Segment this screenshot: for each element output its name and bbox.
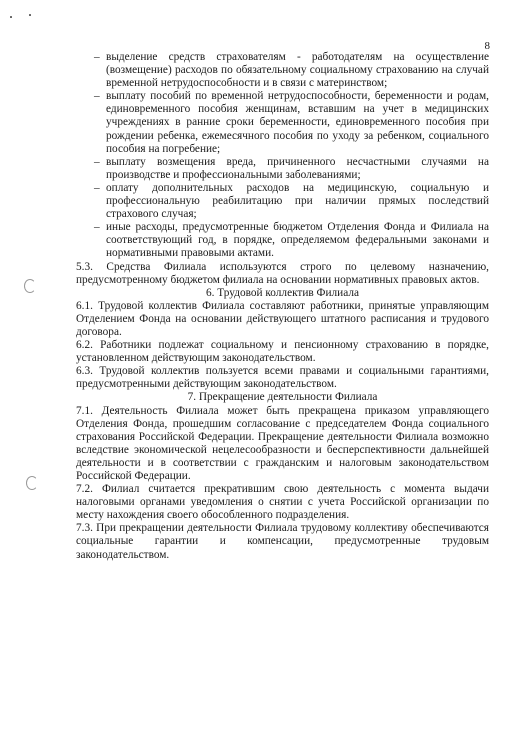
- paragraph-7-3: 7.3. При прекращении деятельности Филиал…: [76, 522, 489, 561]
- paragraph-7-1: 7.1. Деятельность Филиала может быть пре…: [76, 405, 489, 484]
- dash-bullet: –: [94, 182, 100, 195]
- paragraph-7-2: 7.2. Филиал считается прекратившим свою …: [76, 483, 489, 522]
- dash-bullet: –: [94, 51, 100, 64]
- document-body: –выделение средств страхователям - работ…: [76, 51, 489, 562]
- paragraph-6-2: 6.2. Работники подлежат социальному и пе…: [76, 339, 489, 365]
- dash-bullet: –: [94, 90, 100, 103]
- dash-bullet: –: [94, 156, 100, 169]
- document-page: 8 –выделение средств страхователям - раб…: [0, 0, 526, 744]
- list-item: –оплату дополнительных расходов на медиц…: [76, 182, 489, 221]
- section-7-heading: 7. Прекращение деятельности Филиала: [76, 391, 489, 404]
- scan-speck: [10, 16, 12, 18]
- list-item: –выплату возмещения вреда, причиненного …: [76, 156, 489, 182]
- list-item: –иные расходы, предусмотренные бюджетом …: [76, 221, 489, 260]
- list-item: –выплату пособий по временной нетрудоспо…: [76, 90, 489, 155]
- dash-bullet: –: [94, 221, 100, 234]
- expense-list: –выделение средств страхователям - работ…: [76, 51, 489, 261]
- punch-hole-mark: [24, 279, 36, 293]
- scan-speck: [29, 14, 31, 16]
- list-item: –выделение средств страхователям - работ…: [76, 51, 489, 90]
- paragraph-5-3: 5.3. Средства Филиала используются строг…: [76, 261, 489, 287]
- punch-hole-mark: [26, 476, 38, 490]
- paragraph-6-1: 6.1. Трудовой коллектив Филиала составля…: [76, 300, 489, 339]
- section-6-heading: 6. Трудовой коллектив Филиала: [76, 287, 489, 300]
- paragraph-6-3: 6.3. Трудовой коллектив пользуется всеми…: [76, 365, 489, 391]
